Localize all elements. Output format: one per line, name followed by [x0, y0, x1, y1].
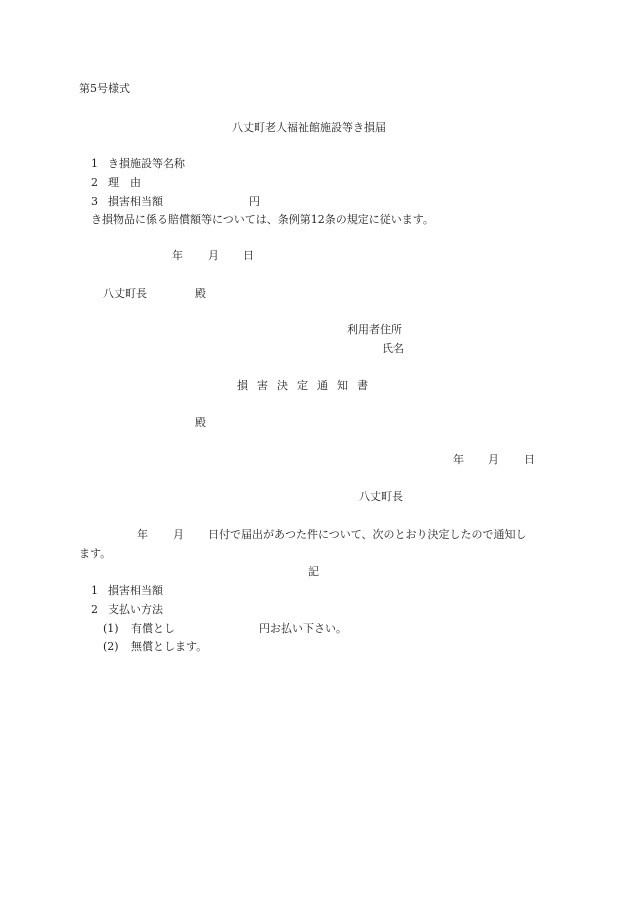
item-label-damaged-facility: き損施設等名称 — [108, 157, 185, 171]
date-year: 年 — [453, 453, 464, 467]
date-day: 日 — [243, 249, 254, 263]
date-day: 日 — [524, 453, 535, 467]
decision-title: 損害決定通知書 — [237, 379, 377, 393]
item-number: 1 — [91, 157, 98, 171]
item-label-damage-amount: 損害相当額 — [108, 584, 163, 598]
body-year: 年 — [137, 528, 148, 542]
item-label-damage-amount: 損害相当額 — [108, 195, 163, 209]
subitem-free-label: 無償とします。 — [131, 640, 207, 654]
issuer-mayor: 八丈町長 — [359, 490, 403, 504]
subitem-number: (1) — [103, 622, 119, 636]
date-year: 年 — [172, 249, 183, 263]
body-line1: 日付で届出があつた件について、次のとおり決定したので通知し — [208, 528, 527, 542]
yen-unit: 円 — [249, 195, 260, 209]
body-month: 月 — [173, 528, 184, 542]
form-number: 第5号様式 — [79, 82, 130, 96]
item-number: 3 — [91, 195, 98, 209]
body-line2: ます。 — [79, 547, 111, 561]
subitem-number: (2) — [103, 640, 119, 654]
item-label-payment-method: 支払い方法 — [108, 603, 163, 617]
compensation-note: き損物品に係る賠償額等については、条例第12条の規定に従います。 — [91, 213, 434, 227]
date-month: 月 — [488, 453, 499, 467]
subitem-paid-label: 有償とし — [131, 622, 175, 636]
user-address-label: 利用者住所 — [347, 323, 402, 337]
item-number: 1 — [91, 584, 98, 598]
ki-heading: 記 — [308, 565, 319, 579]
addressee-mayor: 八丈町長 — [103, 287, 147, 301]
user-name-label: 氏名 — [382, 342, 404, 356]
honorific-dono: 殿 — [195, 287, 206, 301]
item-number: 2 — [91, 176, 98, 190]
item-label-reason: 理 由 — [108, 176, 141, 190]
decision-honorific-dono: 殿 — [195, 416, 206, 430]
notification-title: 八丈町老人福祉館施設等き損届 — [232, 121, 386, 135]
subitem-paid-suffix: 円お払い下さい。 — [259, 622, 347, 636]
date-month: 月 — [208, 249, 219, 263]
item-number: 2 — [91, 603, 98, 617]
